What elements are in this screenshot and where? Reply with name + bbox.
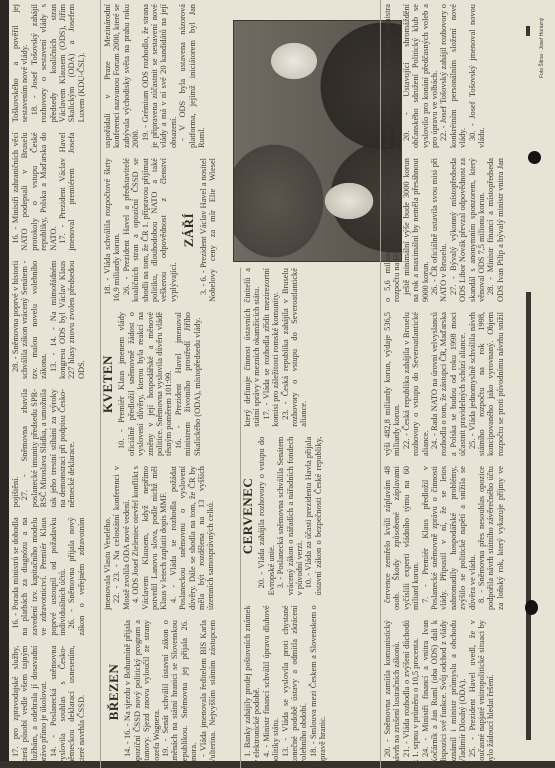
page-border-rule-top xyxy=(526,26,530,36)
article-entry: 27. - Bývalý výkonný místopředseda ODS L… xyxy=(449,158,487,302)
article-entry: 18. - Josef Tošovský zahájil rozhovory o… xyxy=(30,4,86,122)
column-band-4: 20. - Sněmovna zamítla komunistický návr… xyxy=(383,4,521,764)
article-entry: ještě minimální výše bude 3000 korun na … xyxy=(402,158,430,302)
article-entry: 16. - Prezident Havel jmenoval ministrem… xyxy=(174,312,202,456)
column-band-1: 17. pro zpravodajské služby, která působ… xyxy=(11,4,97,764)
article-entry: 16. - Porada ministrů se dohodla na plat… xyxy=(11,517,67,635)
article-entry: 20. - Vláda zahájila rozhovory o vstupu … xyxy=(257,437,276,596)
article-entry: 4. - Ministr financí schválil úpravu dlu… xyxy=(262,605,281,764)
month-heading-kveten: KVĚTEN xyxy=(103,312,112,456)
rotated-newspaper-page: 17. pro zpravodajské služby, která působ… xyxy=(9,0,555,768)
article-entry: - V ODS byla ustavena názorová platforma… xyxy=(178,4,206,148)
month-heading-cervenec: ČERVENEC xyxy=(243,437,252,596)
article-entry: 23. - Česká republika zahájila v Bruselu… xyxy=(281,268,309,427)
article-entry: července zemřelo kvůli záplavám 48 osob.… xyxy=(383,466,421,610)
article-entry: 13. - Vláda se vyslovila proti chystané … xyxy=(281,605,309,764)
page-border-rule xyxy=(526,292,531,740)
punch-hole-bottom xyxy=(525,600,538,615)
article-entry: 18. - Smlouva mezi Českem a Slovenskem o… xyxy=(309,605,328,764)
article-entry: 19. - Senát schválil ústavní zákon o změ… xyxy=(161,620,199,764)
month-heading-brezen: BŘEZEN xyxy=(109,620,118,764)
article-entry: 1. Banky zahájily prodej poštovních znám… xyxy=(243,605,262,764)
article-entry: 22. - 23. - Na celostátní konferenci v M… xyxy=(112,466,131,610)
column-divider xyxy=(100,0,101,768)
article-entry: 16. - Ministři zahraničních věcí NATO po… xyxy=(11,132,58,250)
article-entry: 17. pro zpravodajské služby, která působ… xyxy=(11,646,49,764)
article-entry: 19. - Grémium ODS rozhodlo, že strana je… xyxy=(141,4,179,148)
article-entry: 4. - Vláda se rozhodla požádat Poslaneck… xyxy=(169,466,216,610)
news-photo xyxy=(233,20,402,262)
article-entry: 7. - Premiér Klaus předložil v Poslaneck… xyxy=(421,466,477,610)
article-entry: 14. - Poslanecká sněmovna vyslovila souh… xyxy=(49,646,87,764)
article-entry: 3. - Poslanecká sněmovna schválila Senát… xyxy=(276,437,304,596)
article-entry: 28. - Sněmovna poprvé v historii schváli… xyxy=(11,261,49,379)
column-divider xyxy=(380,0,381,768)
column-divider xyxy=(240,268,241,768)
article-entry: 21. - Vláda rozhodla o zvýšení důchodů k… xyxy=(402,620,421,764)
article-entry: 20. - Ustavující shromáždění občanského … xyxy=(402,4,440,148)
article-entry: 10. - Premiér Klaus jmenem vlády oficiál… xyxy=(117,312,173,456)
article-entry: 24. - Ministři financí a vnitra Ivan Koč… xyxy=(421,620,468,764)
article-entry: 26. - Prezident Havel a představitelé ko… xyxy=(122,158,178,302)
month-heading-zari: ZÁŘÍ xyxy=(184,158,193,302)
article-entry: 22. - Josef Tošovský zahájil rozhovory o… xyxy=(439,4,467,148)
column-band-3: 1. Banky zahájily prodej poštovních znám… xyxy=(243,268,377,764)
article-entry: 26. - ČR oficiálně ustavila svou misi př… xyxy=(430,158,449,302)
article-entry: 14. - 16. - Na sjezdu v Bohumíně přijala… xyxy=(123,620,161,764)
article-entry: 18. - Vláda schválila rozpočtové škrty 1… xyxy=(103,158,122,302)
article-entry: 4. ODS Josef Zieleniec otevřel konflikt … xyxy=(131,466,169,610)
scanner-edge-left xyxy=(0,0,9,768)
article-entry: 20. - Sněmovna zamítla komunistický návr… xyxy=(383,620,402,764)
article-entry: 17. - Vláda se rozhodla zřídit mezirezor… xyxy=(262,268,281,427)
article-entry: 27. - Sněmovna zbavila poslanecké imunit… xyxy=(20,389,76,507)
newspaper-scan: 17. pro zpravodajské služby, která působ… xyxy=(0,0,555,768)
article-entry: 30. - Josef Tošovský jmenoval novou vlád… xyxy=(468,4,487,148)
article-entry: 13. - 14. - Na mimořádném kongresu ODS b… xyxy=(49,261,87,379)
column-band-2: BŘEZEN 14. - 16. - Na sjezdu v Bohumíně … xyxy=(103,4,237,764)
punch-hole-top xyxy=(528,151,541,164)
article-entry: 24. - Rada NATO na úrovni velvyslanců ro… xyxy=(430,312,468,456)
photo-credit: Foto Šitina · Josef Horázný xyxy=(539,18,545,78)
column-band-3-right xyxy=(243,2,377,20)
article-entry: 22. - Česká republika zahájila v Bruselu… xyxy=(402,312,430,456)
article-entry: 25. - Prezident Havel uvedl, že v součas… xyxy=(468,620,496,764)
